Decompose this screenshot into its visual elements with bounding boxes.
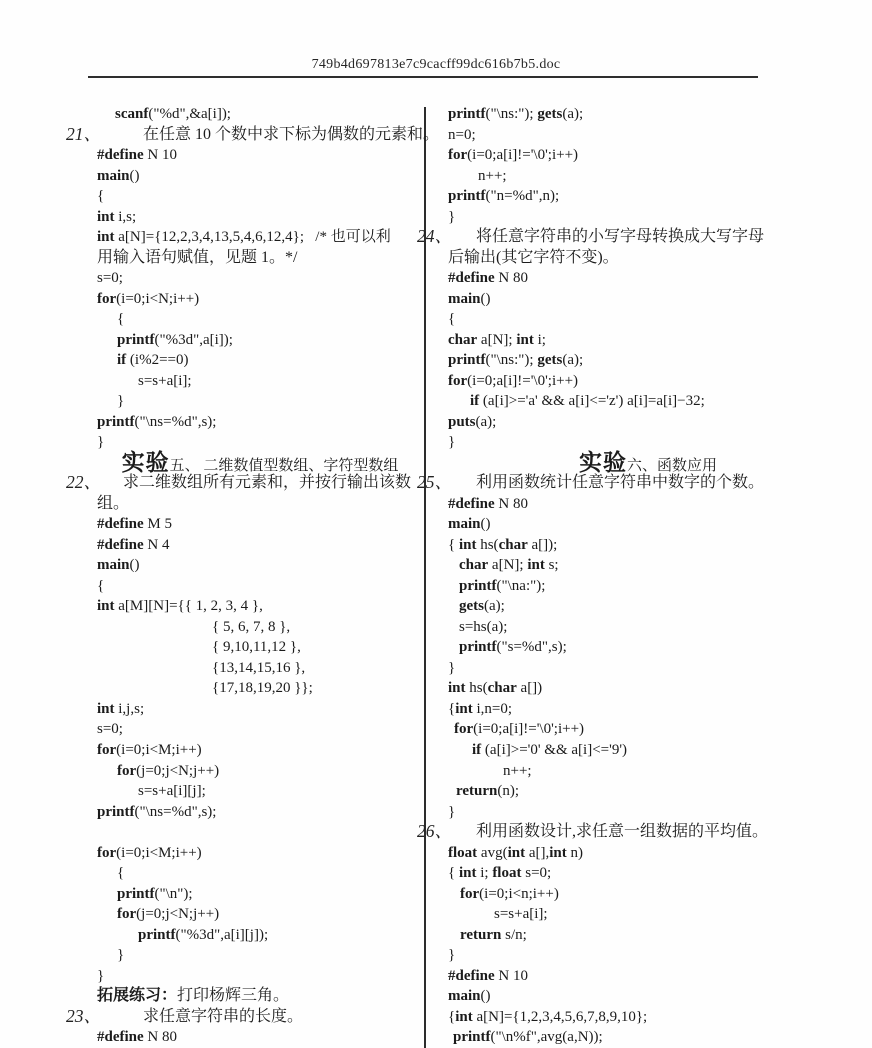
code-line: for(i=0;i<M;i++) [97,740,423,761]
code-line: {13,14,15,16 }, [97,658,423,679]
code-line: printf("\n%f",avg(a,N)); [448,1027,848,1048]
code-line: {int a[N]={1,2,3,4,5,6,7,8,9,10}; [448,1007,848,1028]
code-line: } [97,966,423,987]
code-line: { 5, 6, 7, 8 }, [97,617,423,638]
code-line: } [97,945,423,966]
code-line: s=0; [97,719,423,740]
code-line: { [97,576,423,597]
code-line: 后输出(其它字符不变)。 [448,248,848,269]
code-line: } [97,391,423,412]
code-line: for(j=0;j<N;j++) [97,761,423,782]
code-line: int a[N]={12,2,3,4,13,5,4,6,12,4}; /* 也可… [97,227,423,248]
code-line: gets(a); [448,596,848,617]
blank-line [97,822,423,843]
column-divider [424,107,426,1048]
item-number: 21、 [66,124,101,145]
code-line: char a[N]; int i; [448,330,848,351]
item-number: 23、 [66,1006,101,1027]
code-line: #define N 4 [97,535,423,556]
code-line: main() [448,986,848,1007]
code-line: int i,s; [97,207,423,228]
code-line: return s/n; [448,925,848,946]
code-line: s=s+a[i]; [448,904,848,925]
code-line: } [448,658,848,679]
code-line: { int hs(char a[]); [448,535,848,556]
code-line: printf("%3d",a[i][j]); [97,925,423,946]
code-line: #define N 80 [97,1027,423,1048]
item-number: 26、 [417,821,452,842]
extension-exercise: 拓展练习：打印杨辉三角。 [97,986,423,1007]
code-line: } [448,207,848,228]
code-line: if (a[i]>='a' && a[i]<='z') a[i]=a[i]−32… [448,391,848,412]
code-line: scanf("%d",&a[i]); [97,104,423,125]
section-heading-6: 实验六、函数应用 [448,453,848,474]
code-line: s=s+a[i]; [97,371,423,392]
code-line: n++; [448,761,848,782]
code-line: int hs(char a[]) [448,678,848,699]
code-line: for(j=0;j<N;j++) [97,904,423,925]
code-line: { [448,309,848,330]
exercise-23: 23、求任意字符串的长度。 [97,1007,423,1028]
section-heading-5: 实验五、 二维数值型数组、字符型数组 [97,453,423,474]
code-line: { 9,10,11,12 }, [97,637,423,658]
code-line: int i,j,s; [97,699,423,720]
code-line: main() [448,514,848,535]
code-line: { [97,863,423,884]
code-line: for(i=0;i<N;i++) [97,289,423,310]
code-line: s=hs(a); [448,617,848,638]
code-line: printf("\n"); [97,884,423,905]
code-line: char a[N]; int s; [448,555,848,576]
code-line: { [97,309,423,330]
exercise-24: 24、将任意字符串的小写字母转换成大写字母 [448,227,848,248]
exercise-21: 21、在任意 10 个数中求下标为偶数的元素和。 [97,125,423,146]
code-line: main() [448,289,848,310]
code-line: } [448,945,848,966]
code-line: } [448,802,848,823]
exercise-22: 22、求二维数组所有元素和，并按行输出该数 [97,473,423,494]
code-line: #define N 10 [448,966,848,987]
code-line: for(i=0;i<M;i++) [97,843,423,864]
code-line: for(i=0;a[i]!='\0';i++) [448,719,848,740]
code-line: int a[M][N]={{ 1, 2, 3, 4 }, [97,596,423,617]
code-line: { [97,186,423,207]
code-line: if (a[i]>='0' && a[i]<='9') [448,740,848,761]
code-line: n++; [448,166,848,187]
code-line: #define N 10 [97,145,423,166]
code-line: printf("\ns=%d",s); [97,802,423,823]
code-line: } [448,432,848,453]
exercise-25: 25、利用函数统计任意字符串中数字的个数。 [448,473,848,494]
code-line: {int i,n=0; [448,699,848,720]
code-line: printf("\ns:"); gets(a); [448,104,848,125]
code-line: for(i=0;i<n;i++) [448,884,848,905]
code-line: #define N 80 [448,494,848,515]
code-line: {17,18,19,20 }}; [97,678,423,699]
header-filename: 749b4d697813e7c9cacff99dc616b7b5.doc [0,57,872,73]
code-line: 组。 [97,494,423,515]
code-line: main() [97,166,423,187]
code-line: n=0; [448,125,848,146]
exercise-26: 26、利用函数设计,求任意一组数据的平均值。 [448,822,848,843]
document-page: 749b4d697813e7c9cacff99dc616b7b5.doc sca… [0,0,872,1048]
code-line: #define M 5 [97,514,423,535]
code-line: main() [97,555,423,576]
code-line: float avg(int a[],int n) [448,843,848,864]
code-line: printf("\ns=%d",s); [97,412,423,433]
code-line: printf("%3d",a[i]); [97,330,423,351]
item-number: 22、 [66,472,101,493]
code-line: printf("n=%d",n); [448,186,848,207]
code-line: return(n); [448,781,848,802]
code-line: for(i=0;a[i]!='\0';i++) [448,145,848,166]
header-rule [88,76,758,78]
code-line: { int i; float s=0; [448,863,848,884]
code-line: s=s+a[i][j]; [97,781,423,802]
left-column: scanf("%d",&a[i]);21、在任意 10 个数中求下标为偶数的元素… [97,104,423,1048]
code-line: 用输入语句赋值，见题 1。*/ [97,248,423,269]
code-line: puts(a); [448,412,848,433]
code-line: s=0; [97,268,423,289]
code-line: if (i%2==0) [97,350,423,371]
item-number: 25、 [417,472,452,493]
code-line: printf("\ns:"); gets(a); [448,350,848,371]
code-line: for(i=0;a[i]!='\0';i++) [448,371,848,392]
code-line: printf("\na:"); [448,576,848,597]
item-number: 24、 [417,226,452,247]
code-line: printf("s=%d",s); [448,637,848,658]
right-column: printf("\ns:"); gets(a);n=0;for(i=0;a[i]… [448,104,848,1048]
code-line: #define N 80 [448,268,848,289]
